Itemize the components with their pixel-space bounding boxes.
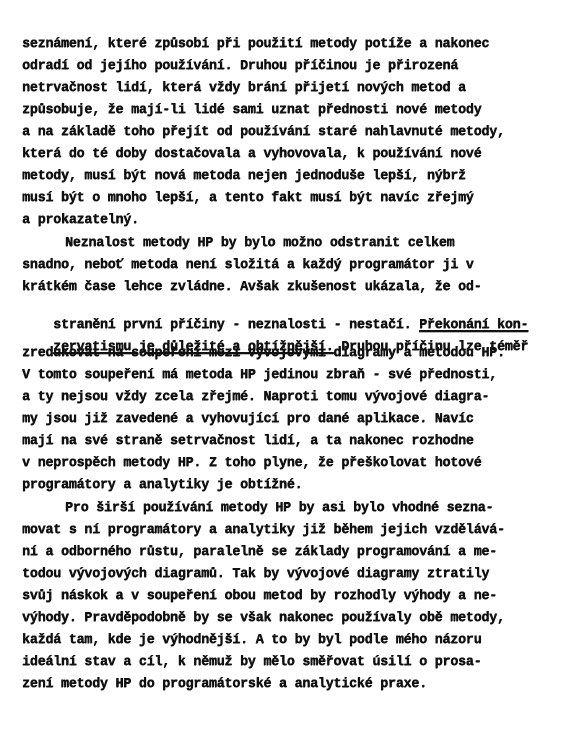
text-line: snadno, neboť metoda není složitá a každ… (22, 258, 474, 274)
text-line: zredukovat na soupeření mezi vývojovými … (22, 346, 505, 362)
text-line: metody, musí být nová metoda nejen jedno… (22, 169, 466, 185)
text-line: každá tam, kde je výhodnější. A to by by… (22, 633, 481, 649)
text-line: my jsou již zavedené a vyhovující pro da… (22, 412, 474, 428)
text-line: odradí od jejího používání. Druhou příči… (22, 59, 458, 75)
text-line: ní a odborného růstu, paralelně se zákla… (22, 545, 497, 561)
text-line: způsobuje, že mají-li lidé sami uznat př… (22, 103, 481, 119)
typewritten-page: seznámení, které způsobí při použití met… (0, 0, 569, 753)
text-line: a ty nejsou vždy zcela zřejmé. Naproti t… (22, 390, 489, 406)
text-line: V tomto soupeření má metoda HP jedinou z… (22, 368, 497, 384)
text-line: výhody. Pravděpodobně by se však nakonec… (22, 611, 505, 627)
text-line: krátkém čase lehce zvládne. Avšak zkušen… (22, 280, 481, 296)
text-line: movat s ní programátory a analytiky již … (22, 523, 505, 539)
text-line: Neznalost metody HP by bylo možno odstra… (65, 236, 454, 252)
text-line: která do té doby dostačovala a vyhovoval… (22, 147, 481, 163)
text-line: a prokazatelný. (22, 213, 139, 229)
text-line: mají na své straně setrvačnost lidí, a t… (22, 434, 474, 450)
text-line: todou vývojových diagramů. Tak by vývojo… (22, 567, 489, 583)
text-line: netrvačnost lidí, která vždy brání přije… (22, 81, 466, 97)
text-line: seznámení, které způsobí při použití met… (22, 37, 489, 53)
text-line: zení metody HP do programátorské a analy… (22, 677, 427, 693)
text-line: programátory a analytiky je obtížné. (22, 478, 302, 494)
text-line: musí být o mnoho lepší, a tento fakt mus… (22, 191, 474, 207)
text-line: ideální stav a cíl, k němuž by mělo směř… (22, 655, 481, 671)
text-line: a na základě toho přejít od používání st… (22, 125, 505, 141)
text-line: Pro širší používání metody HP by asi byl… (65, 501, 493, 517)
text-line: svůj náskok a v soupeření obou metod by … (22, 589, 497, 605)
text-line: v neprospěch metody HP. Z toho plyne, že… (22, 456, 481, 472)
